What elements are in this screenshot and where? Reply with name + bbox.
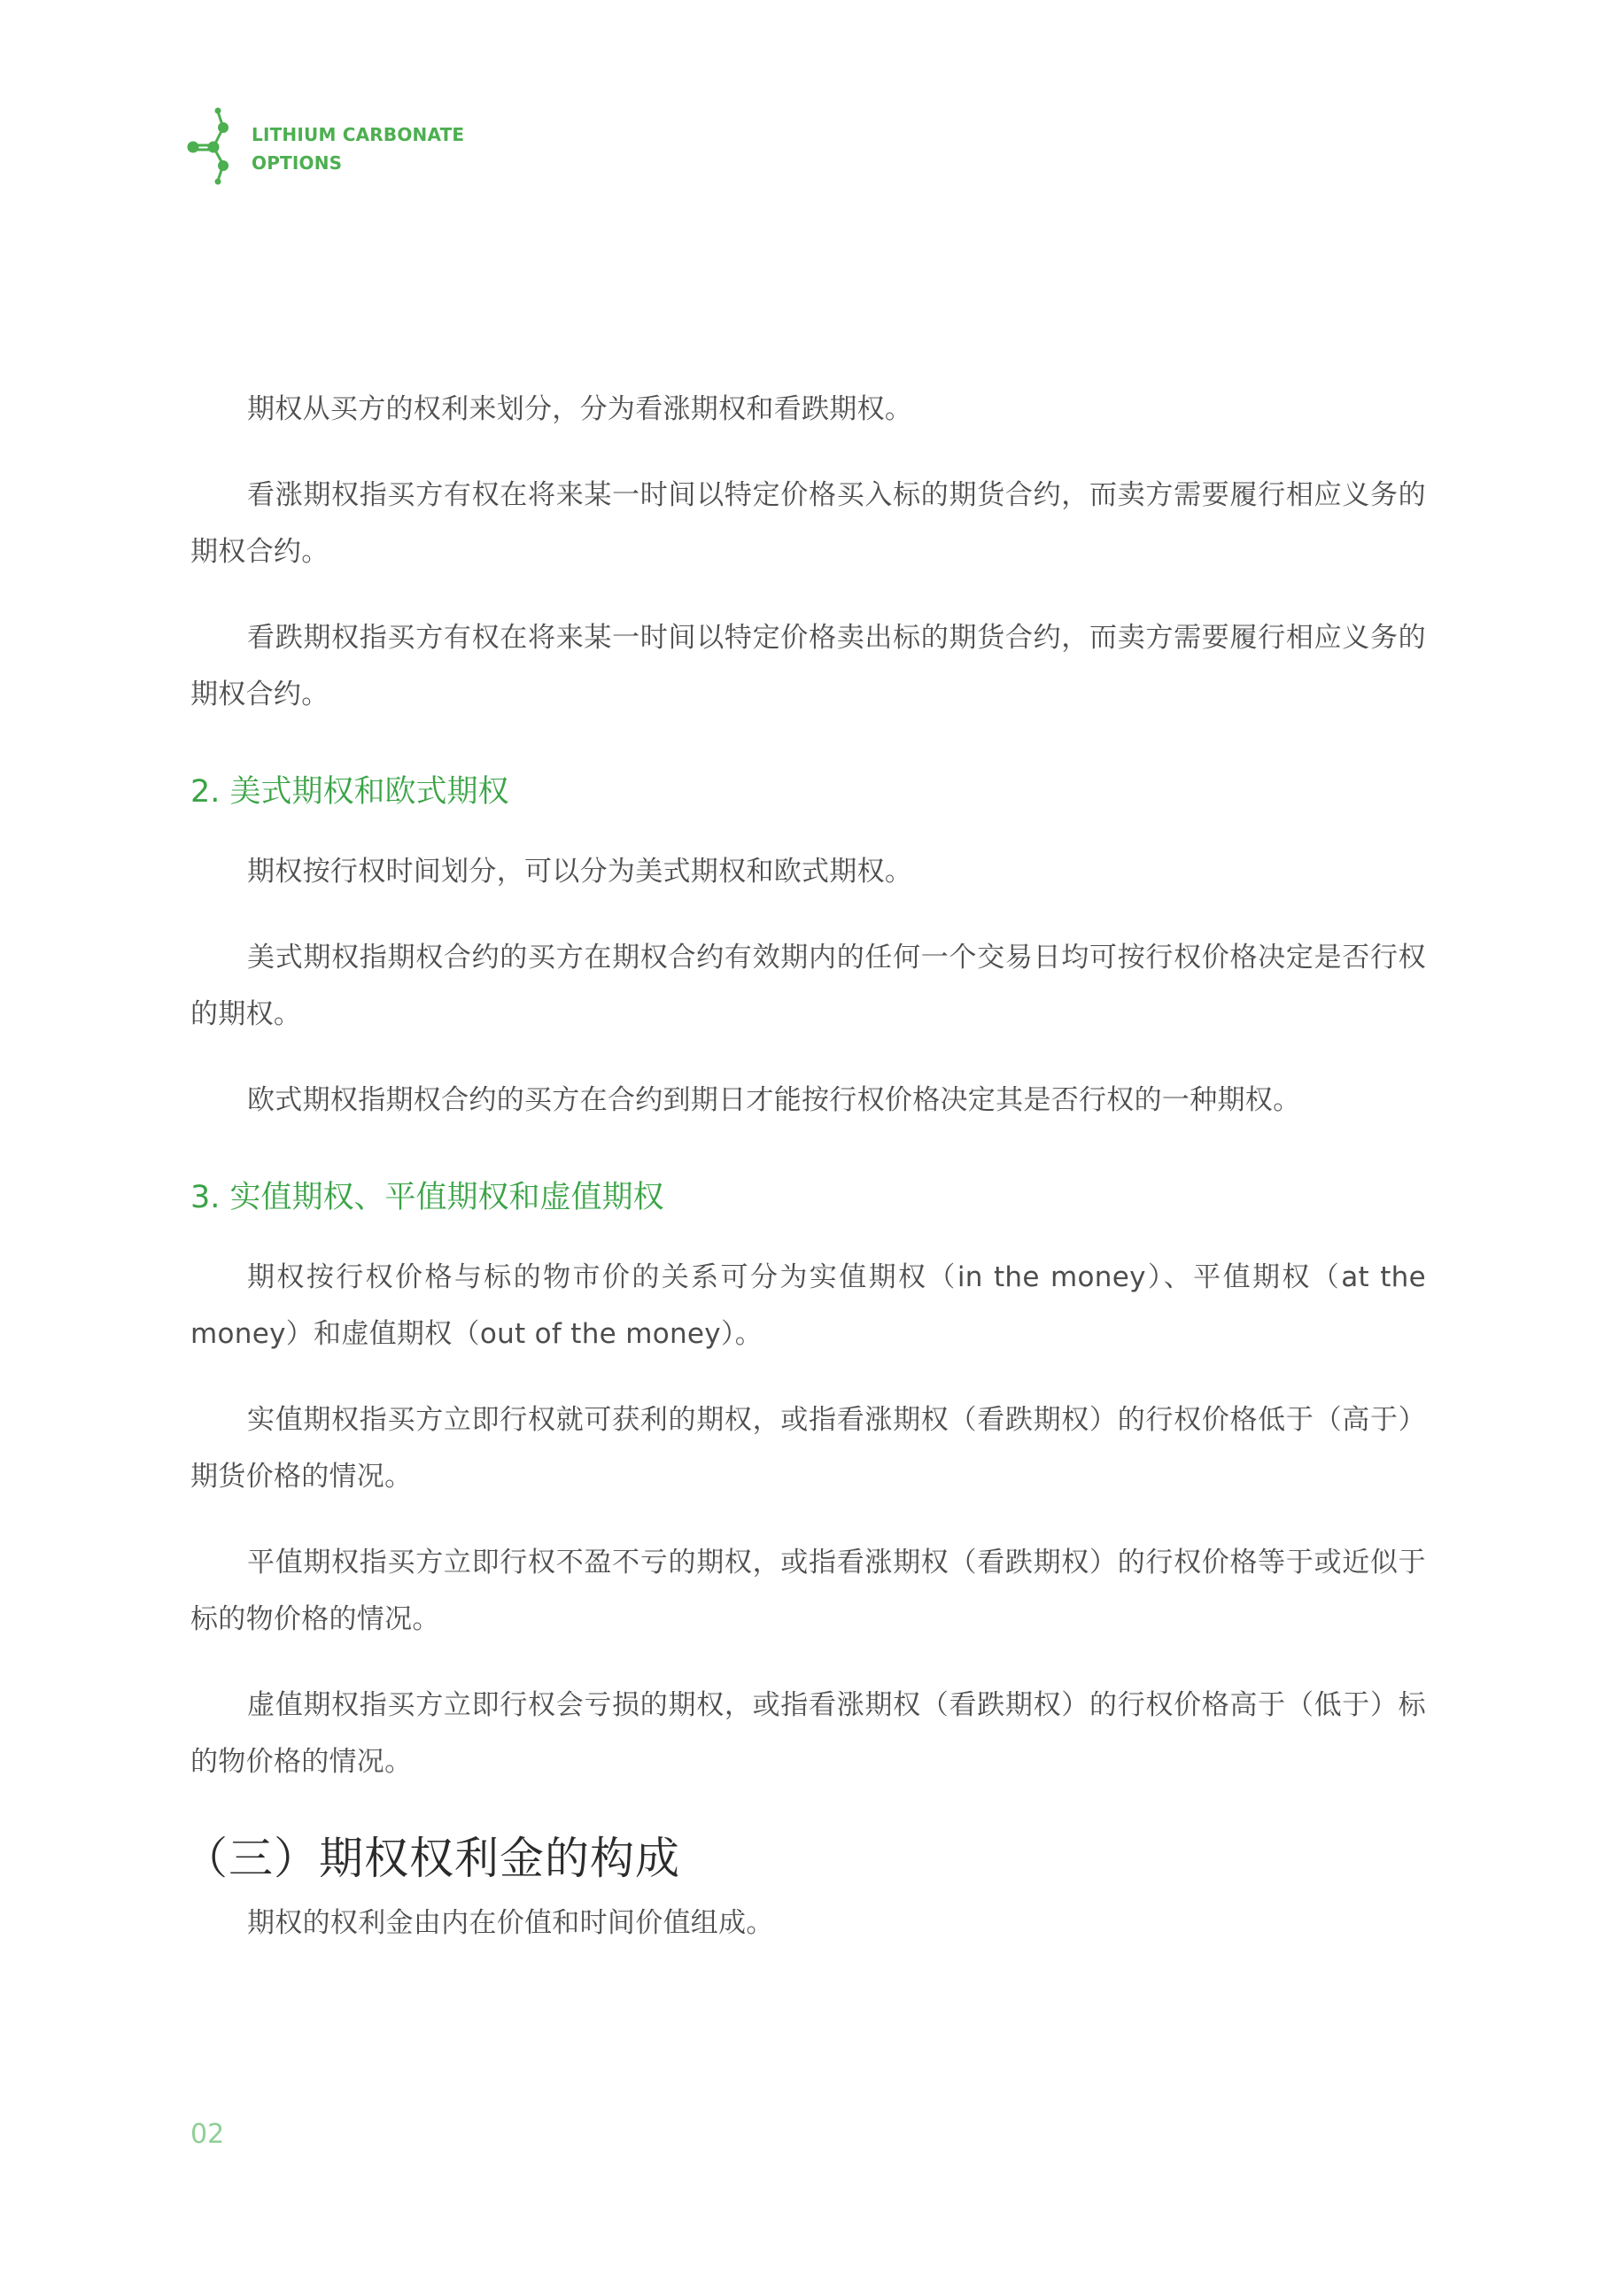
- paragraph: 虚值期权指买方立即行权会亏损的期权，或指看涨期权（看跌期权）的行权价格高于（低于…: [190, 1677, 1426, 1790]
- paragraph: 期权按行权价格与标的物市价的关系可分为实值期权（in the money）、平值…: [190, 1249, 1426, 1362]
- paragraph: 欧式期权指期权合约的买方在合约到期日才能按行权价格决定其是否行权的一种期权。: [190, 1072, 1426, 1129]
- paragraph: 看涨期权指买方有权在将来某一时间以特定价格买入标的期货合约，而卖方需要履行相应义…: [190, 467, 1426, 580]
- document-body: 期权从买方的权利来划分，分为看涨期权和看跌期权。 看涨期权指买方有权在将来某一时…: [190, 381, 1426, 1981]
- logo-line-1: LITHIUM CARBONATE: [252, 120, 464, 149]
- paragraph: 期权按行权时间划分，可以分为美式期权和欧式期权。: [190, 843, 1426, 900]
- paragraph: 看跌期权指买方有权在将来某一时间以特定价格卖出标的期货合约，而卖方需要履行相应义…: [190, 609, 1426, 723]
- molecule-icon: [184, 101, 246, 190]
- section-heading: （三）期权权利金的构成: [183, 1826, 1426, 1891]
- paragraph: 平值期权指买方立即行权不盈不亏的期权，或指看涨期权（看跌期权）的行权价格等于或近…: [190, 1534, 1426, 1648]
- paragraph: 期权从买方的权利来划分，分为看涨期权和看跌期权。: [190, 381, 1426, 438]
- brand-logo: LITHIUM CARBONATE OPTIONS: [184, 101, 468, 190]
- paragraph: 美式期权指期权合约的买方在期权合约有效期内的任何一个交易日均可按行权价格决定是否…: [190, 929, 1426, 1043]
- subsection-heading: 2. 美式期权和欧式期权: [190, 767, 1426, 817]
- logo-text: LITHIUM CARBONATE OPTIONS: [252, 120, 464, 177]
- logo-line-2: OPTIONS: [252, 149, 464, 177]
- page-number: 02: [190, 2119, 224, 2150]
- paragraph: 实值期权指买方立即行权就可获利的期权，或指看涨期权（看跌期权）的行权价格低于（高…: [190, 1392, 1426, 1505]
- subsection-heading: 3. 实值期权、平值期权和虚值期权: [190, 1173, 1426, 1222]
- paragraph: 期权的权利金由内在价值和时间价值组成。: [190, 1895, 1426, 1951]
